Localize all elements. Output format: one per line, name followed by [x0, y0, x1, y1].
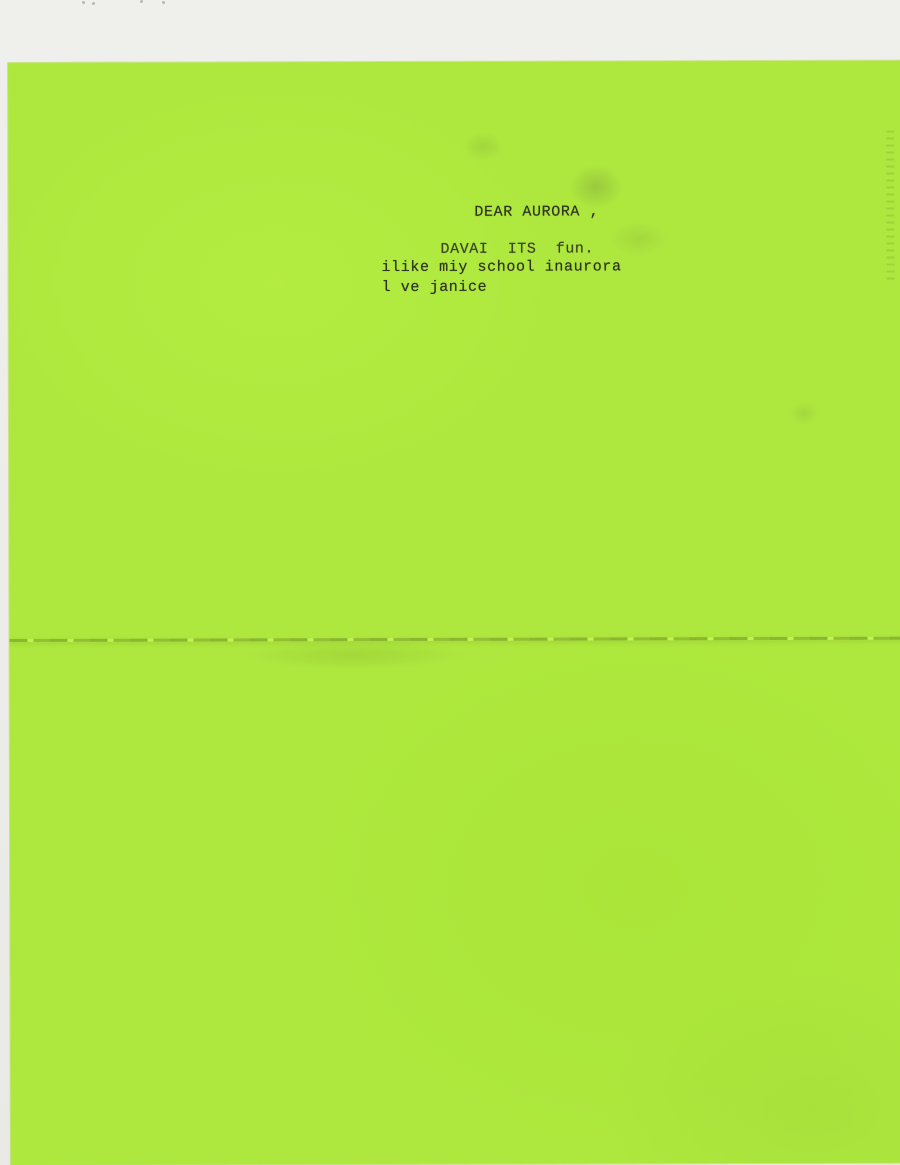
letter-salutation: DEAR AURORA ,	[474, 204, 599, 219]
green-paper-sheet: DEAR AURORA , DAVAI ITS fun. ilike miy s…	[8, 61, 900, 1165]
letter-line: DAVAI ITS fun.	[440, 241, 594, 256]
ink-smudge	[608, 221, 668, 256]
letter-line: ilike miy school inaurora	[382, 259, 622, 275]
fold-smudge	[240, 640, 470, 671]
ink-smudge	[789, 401, 819, 426]
scan-specks	[80, 0, 180, 6]
paper-edge-marks	[886, 131, 894, 281]
ink-smudge	[463, 132, 503, 162]
letter-signature: l ve janice	[382, 280, 488, 295]
